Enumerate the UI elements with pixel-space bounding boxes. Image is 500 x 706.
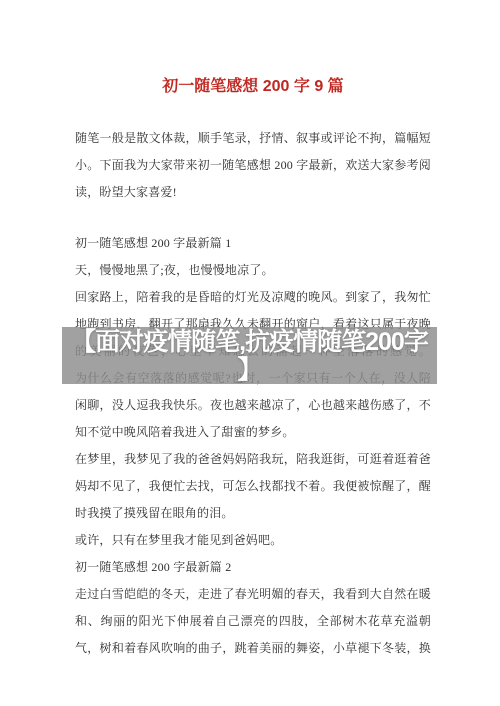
section-heading: 初一随笔感想 200 字最新篇 2: [75, 554, 431, 581]
watermark-banner: 【面对疫情随笔,抗疫情随笔200字 】: [62, 327, 437, 384]
text-line: 走过白雪皑皑的冬天，走进了春光明媚的春天，我看到大自然在暖: [75, 581, 431, 608]
text-line: 时我摸了摸残留在眼角的泪。: [75, 500, 431, 527]
text-line: 读，盼望大家喜爱!: [75, 179, 431, 206]
document-page: 初一随笔感想 200 字 9 篇 随笔一般是散文体裁，顺手笔录，抒情、叙事或评论…: [0, 0, 500, 706]
text-line: 妈却不见了，我便忙去找，可怎么找都找不着。我便被惊醒了，醒: [75, 473, 431, 500]
watermark-text-line1: 【面对疫情随笔,抗疫情随笔200字: [71, 328, 428, 356]
page-title: 初一随笔感想 200 字 9 篇: [75, 76, 431, 98]
text-line: 随笔一般是散文体裁，顺手笔录，抒情、叙事或评论不拘，篇幅短: [75, 125, 431, 152]
text-line: 回家路上，陪着我的是昏暗的灯光及凉飕的晚风。到家了，我匆忙: [75, 284, 431, 311]
text-line: 和、绚丽的阳光下伸展着自己漂亮的四肢，全部树木花草充溢朝: [75, 608, 431, 635]
paragraph-lines: 随笔一般是散文体裁，顺手笔录，抒情、叙事或评论不拘，篇幅短小。下面我为大家带来初…: [75, 125, 431, 662]
text-line: 天，慢慢地黑了;夜，也慢慢地凉了。: [75, 257, 431, 284]
text-line: 或许，只有在梦里我才能见到爸妈吧。: [75, 527, 431, 554]
text-line: 闲聊，没人逗我我快乐。夜也越来越凉了，心也越来越伤感了，不: [75, 392, 431, 419]
text-line: 气，树和着春风吹响的曲子，跳着美丽的舞姿，小草褪下冬装，换: [75, 635, 431, 662]
text-line: 在梦里，我梦见了我的爸爸妈妈陪我玩，陪我逛街，可逛着逛着爸: [75, 446, 431, 473]
text-line: 知不觉中晚风陪着我进入了甜蜜的梦乡。: [75, 419, 431, 446]
text-line: 小。下面我为大家带来初一随笔感想 200 字最新，欢送大家参考阅: [75, 152, 431, 179]
section-heading: 初一随笔感想 200 字最新篇 1: [75, 230, 431, 257]
watermark-text-line2: 】: [237, 356, 261, 384]
